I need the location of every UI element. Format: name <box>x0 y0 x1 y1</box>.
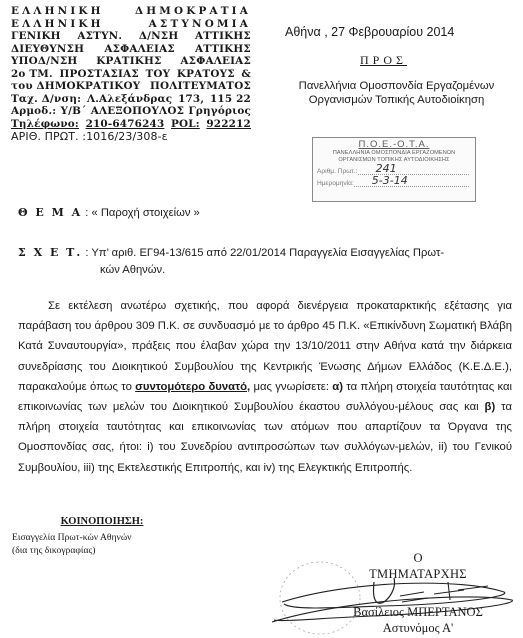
stamp-title: Π.Ο.Ε.-Ο.Τ.Α. <box>313 139 475 150</box>
header-line: του ΔΗΜΟΚΡΑΤΙΚΟΥΠΟΛΙΤΕΥΜΑΤΟΣ <box>11 80 251 93</box>
notification-title: ΚΟΙΝΟΠΟΙΗΣΗ: <box>12 515 172 528</box>
phone-line: Τηλέφωνο:210-6476243POL:922212 <box>11 118 251 131</box>
notification-line-1: Εισαγγελία Πρωτ-κών Αθηνών <box>12 531 172 544</box>
recipient: Πανελλήνια Ομοσπονδία Εργαζομένων Οργανι… <box>270 79 523 107</box>
signature-block: Ο ΤΜΗΜΑΤΑΡΧΗΣ Βασίλειος ΜΠΕΡΤΑΝΟΣ Αστυνό… <box>318 550 518 636</box>
stamp-org-line-1: ΠΑΝΕΛΛΗΝΙΑ ΟΜΟΣΠΟΝΔΙΑ ΕΡΓΑΖΟΜΕΝΩΝ <box>313 150 475 157</box>
reference-block: Σ Χ Ε Τ. : Υπ’ αριθ. ΕΓ94-13/615 από 22/… <box>18 244 513 279</box>
reference-label: Σ Χ Ε Τ. <box>18 246 82 259</box>
stamp-protocol-label: Αριθμ. Πρωτ.: <box>317 168 358 175</box>
header-line: ΓΕΝΙΚΗΑΣΤΥΝ.Δ/ΝΣΗΑΤΤΙΚΗΣ <box>11 30 251 43</box>
header-line: ΥΠΟΔ/ΝΣΗΚΡΑΤΙΚΗΣΑΣΦΑΛΕΙΑΣ <box>11 55 251 68</box>
signature-article: Ο <box>318 550 518 566</box>
received-stamp: Π.Ο.Ε.-Ο.Τ.Α. ΠΑΝΕΛΛΗΝΙΑ ΟΜΟΣΠΟΝΔΙΑ ΕΡΓΑ… <box>312 137 476 202</box>
notification-line-2: (δια της δικογραφίας) <box>12 544 172 557</box>
subject-text: : « Παροχή στοιχείων » <box>85 207 199 219</box>
stamp-date-label: Ημερομηνία: <box>317 180 354 187</box>
item-b-label: β) <box>485 401 496 413</box>
reference-text-2: κών Αθηνών. <box>18 262 513 279</box>
signature-role: ΤΜΗΜΑΤΑΡΧΗΣ <box>318 566 518 582</box>
protocol-number: ΑΡΙΘ. ΠΡΩΤ. :1016/23/308-ε <box>11 130 251 143</box>
stamp-date-value: 5-3-14 <box>354 175 469 187</box>
subject-line: Θ Ε Μ Α : « Παροχή στοιχείων » <box>18 206 200 219</box>
header-line: 2ο ΤΜ.ΠΡΟΣΤΑΣΙΑΣΤΟΥΚΡΑΤΟΥΣ& <box>11 68 251 81</box>
header-line: ΕΛΛΗΝΙΚΗΔΗΜΟΚΡΑΤΙΑ <box>11 5 251 18</box>
recipient-line-1: Πανελλήνια Ομοσπονδία Εργαζομένων <box>270 79 523 93</box>
urgent-phrase: συντομότερο δυνατό, <box>135 381 250 393</box>
signatory-rank: Αστυνόμος Α' <box>318 620 518 636</box>
address-line: Ταχ. Δ/νση:Λ.Αλεξάνδρας173,115 22 <box>11 93 251 106</box>
body-paragraph: Σε εκτέλεση ανωτέρω σχετικής, που αφορά … <box>18 296 512 478</box>
signatory-name: Βασίλειος ΜΠΕΡΤΑΝΟΣ <box>318 604 518 620</box>
item-a-label: α) <box>332 381 343 393</box>
header-line: ΕΛΛΗΝΙΚΗΑΣΤΥΝΟΜΙΑ <box>11 18 251 31</box>
notification-block: ΚΟΙΝΟΠΟΙΗΣΗ: Εισαγγελία Πρωτ-κών Αθηνών … <box>12 515 172 557</box>
subject-label: Θ Ε Μ Α <box>18 206 82 219</box>
recipient-line-2: Οργανισμών Τοπικής Αυτοδιοίκηση <box>270 93 523 107</box>
reference-text-1: : Υπ’ αριθ. ΕΓ94-13/615 από 22/01/2014 Π… <box>85 247 444 259</box>
to-label: ΠΡΟΣ <box>360 53 407 68</box>
date-line: Αθήνα , 27 Φεβρουαρίου 2014 <box>285 25 454 39</box>
contact-person-line: Αρμοδ.:Υ/Β΄ΑΛΕΞΟΠΟΥΛΟΣΓρηγόριος <box>11 105 251 118</box>
header-line: ΔΙΕΥΘΥΝΣΗΑΣΦΑΛΕΙΑΣΑΤΤΙΚΗΣ <box>11 43 251 56</box>
issuing-authority-header: ΕΛΛΗΝΙΚΗΔΗΜΟΚΡΑΤΙΑ ΕΛΛΗΝΙΚΗΑΣΤΥΝΟΜΙΑ ΓΕΝ… <box>11 5 251 143</box>
stamp-date-row: Ημερομηνία: 5-3-14 <box>313 175 475 187</box>
